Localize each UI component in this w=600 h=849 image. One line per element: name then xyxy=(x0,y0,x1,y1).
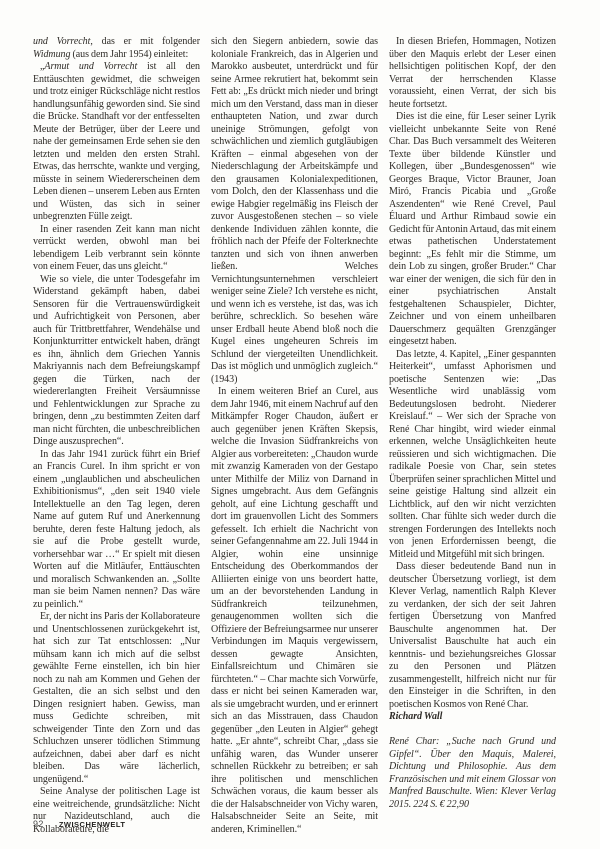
paragraph: „Armut und Vorrecht ist all den Enttäusc… xyxy=(33,61,200,224)
text-column-3: In diesen Briefen, Hommagen, Notizen übe… xyxy=(389,36,556,836)
paragraph: sich den Siegern anbiedern, sowie das ko… xyxy=(211,36,378,386)
text-run: Richard Wall xyxy=(389,711,442,722)
text-run: In das Jahr 1941 zurück führt ein Brief … xyxy=(33,449,200,610)
text-run: sich den Siegern anbiedern, sowie das ko… xyxy=(211,36,378,385)
paragraph: Wie so viele, die unter Todesgefahr im W… xyxy=(33,274,200,449)
page-footer: 92 ZWISCHENWELT xyxy=(33,819,126,829)
text-run: In diesen Briefen, Hommagen, Notizen übe… xyxy=(389,36,556,110)
journal-title: ZWISCHENWELT xyxy=(59,820,126,829)
text-run: ist all den Enttäuschten gewidmet, die s… xyxy=(33,61,200,222)
text-run: René Char: „Suche nach Grund und Gipfel“… xyxy=(389,736,556,810)
text-column-2: sich den Siegern anbiedern, sowie das ko… xyxy=(211,36,378,836)
text-run: Das letzte, 4. Kapitel, „Einer gespannte… xyxy=(389,349,556,560)
article-body: und Vorrecht, das er mit folgender Widmu… xyxy=(33,36,556,836)
paragraph: Dies ist die eine, für Leser seiner Lyri… xyxy=(389,111,556,349)
magazine-page: und Vorrecht, das er mit folgender Widmu… xyxy=(0,0,600,849)
text-run: Dass dieser bedeutende Band nun in deuts… xyxy=(389,561,556,710)
paragraph: Er, der nicht ins Paris der Kollaborateu… xyxy=(33,611,200,786)
book-reference: René Char: „Suche nach Grund und Gipfel“… xyxy=(389,736,556,811)
paragraph: und Vorrecht, das er mit folgender Widmu… xyxy=(33,36,200,61)
text-run: In einer rasenden Zeit kann man nicht ve… xyxy=(33,224,200,273)
text-run: Wie so viele, die unter Todesgefahr im W… xyxy=(33,274,200,448)
paragraph: In einer rasenden Zeit kann man nicht ve… xyxy=(33,224,200,274)
page-number: 92 xyxy=(33,819,44,829)
paragraph: Dass dieser bedeutende Band nun in deuts… xyxy=(389,561,556,711)
paragraph: In diesen Briefen, Hommagen, Notizen übe… xyxy=(389,36,556,111)
author-signature: Richard Wall xyxy=(389,711,556,724)
text-run: Armut und Vorrecht xyxy=(44,61,137,72)
text-run: (aus dem Jahr 1954) einleitet: xyxy=(70,49,188,60)
text-run: Widmung xyxy=(33,49,70,60)
text-run: Dies ist die eine, für Leser seiner Lyri… xyxy=(389,111,556,347)
text-run: In einem weiteren Brief an Curel, aus de… xyxy=(211,386,378,835)
text-run: Er, der nicht ins Paris der Kollaborateu… xyxy=(33,611,200,785)
text-run: , das er mit folgender xyxy=(90,36,200,47)
text-column-1: und Vorrecht, das er mit folgender Widmu… xyxy=(33,36,200,836)
paragraph: In das Jahr 1941 zurück führt ein Brief … xyxy=(33,449,200,612)
text-run: und Vorrecht xyxy=(33,36,90,47)
paragraph: In einem weiteren Brief an Curel, aus de… xyxy=(211,386,378,836)
paragraph: Das letzte, 4. Kapitel, „Einer gespannte… xyxy=(389,349,556,562)
